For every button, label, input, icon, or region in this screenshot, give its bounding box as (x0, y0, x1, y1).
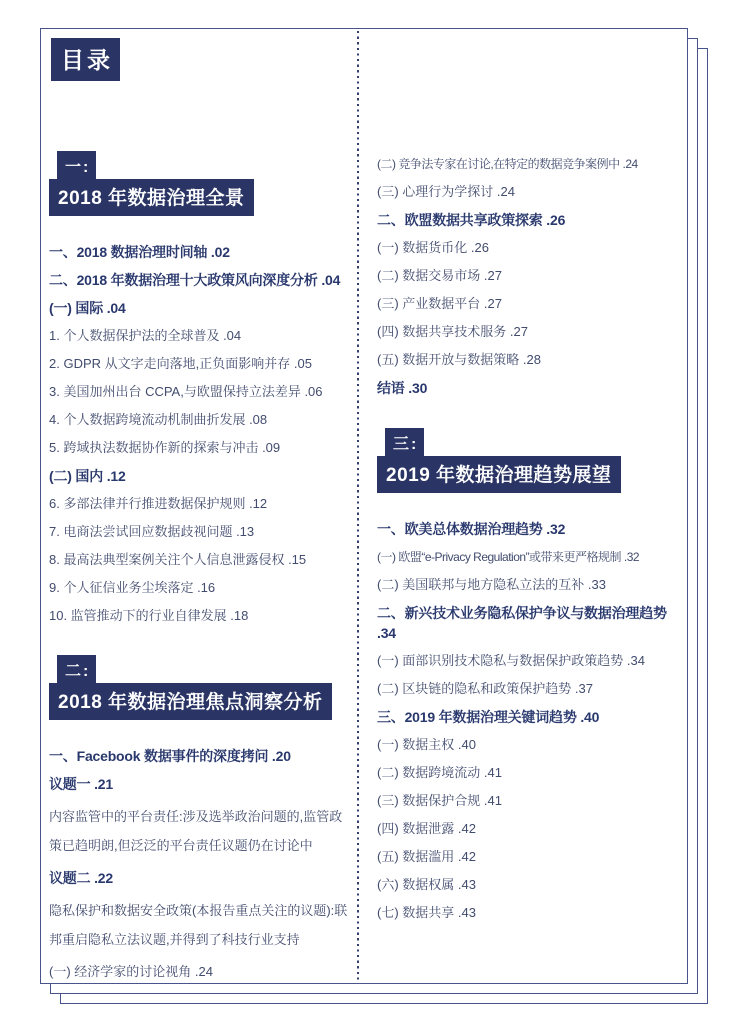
toc-item[interactable]: (一) 数据货币化 .26 (377, 238, 687, 258)
section-1-number-badge: 一: (57, 151, 96, 179)
toc-item[interactable]: (二) 美国联邦与地方隐私立法的互补 .33 (377, 575, 687, 595)
section-1-title: 2018 年数据治理全景 (49, 179, 254, 216)
toc-item[interactable]: (一) 国际 .04 (49, 298, 355, 318)
toc-item[interactable]: (六) 数据权属 .43 (377, 875, 687, 895)
toc-item[interactable]: 三、2019 年数据治理关键词趋势 .40 (377, 707, 687, 727)
toc-item[interactable]: (二) 区块链的隐私和政策保护趋势 .37 (377, 679, 687, 699)
section-2-items: 一、Facebook 数据事件的深度拷问 .20议题一 .21内容监管中的平台责… (49, 746, 355, 982)
toc-item[interactable]: (七) 数据共享 .43 (377, 903, 687, 923)
section-3-number-badge: 三: (385, 428, 424, 456)
toc-item[interactable]: (四) 数据共享技术服务 .27 (377, 322, 687, 342)
section-2-2018-focus-insight: 二: 2018 年数据治理焦点洞察分析 一、Facebook 数据事件的深度拷问… (49, 655, 355, 982)
toc-item[interactable]: 二、新兴技术业务隐私保护争议与数据治理趋势 .34 (377, 603, 687, 643)
toc-item[interactable]: (五) 数据开放与数据策略 .28 (377, 350, 687, 370)
toc-page: 目录 一: 2018 年数据治理全景 一、2018 数据治理时间轴 .02二、2… (40, 28, 688, 984)
toc-item[interactable]: 一、Facebook 数据事件的深度拷问 .20 (49, 746, 355, 766)
toc-item: 隐私保护和数据安全政策(本报告重点关注的议题):联邦重启隐私立法议题,并得到了科… (49, 896, 355, 954)
section-1-2018-panorama: 一: 2018 年数据治理全景 一、2018 数据治理时间轴 .02二、2018… (49, 151, 355, 626)
section-3-title: 2019 年数据治理趋势展望 (377, 456, 621, 493)
toc-item[interactable]: 9. 个人征信业务尘埃落定 .16 (49, 578, 355, 598)
toc-item[interactable]: (一) 面部识别技术隐私与数据保护政策趋势 .34 (377, 651, 687, 671)
toc-item[interactable]: 4. 个人数据跨境流动机制曲折发展 .08 (49, 410, 355, 430)
right-column: (二) 竞争法专家在讨论,在特定的数据竞争案例中 .24(三) 心理行为学探讨 … (377, 29, 687, 931)
section-3-2019-outlook: 三: 2019 年数据治理趋势展望 一、欧美总体数据治理趋势 .32(一) 欧盟… (377, 428, 687, 923)
toc-item[interactable]: 3. 美国加州出台 CCPA,与欧盟保持立法差异 .06 (49, 382, 355, 402)
section-1-items: 一、2018 数据治理时间轴 .02二、2018 年数据治理十大政策风向深度分析… (49, 242, 355, 626)
toc-item[interactable]: 2. GDPR 从文字走向落地,正负面影响并存 .05 (49, 354, 355, 374)
toc-item[interactable]: 6. 多部法律并行推进数据保护规则 .12 (49, 494, 355, 514)
column-divider-dotted (357, 31, 359, 981)
toc-item[interactable]: (二) 数据跨境流动 .41 (377, 763, 687, 783)
toc-item[interactable]: 5. 跨域执法数据协作新的探索与冲击 .09 (49, 438, 355, 458)
toc-item[interactable]: 一、欧美总体数据治理趋势 .32 (377, 519, 687, 539)
toc-item[interactable]: 一、2018 数据治理时间轴 .02 (49, 242, 355, 262)
toc-item[interactable]: (一) 欧盟“e-Privacy Regulation”或带来更严格规制 .32 (377, 547, 687, 567)
toc-item[interactable]: 二、2018 年数据治理十大政策风向深度分析 .04 (49, 270, 355, 290)
section-3-items: 一、欧美总体数据治理趋势 .32(一) 欧盟“e-Privacy Regulat… (377, 519, 687, 923)
toc-item[interactable]: (三) 产业数据平台 .27 (377, 294, 687, 314)
toc-item[interactable]: 8. 最高法典型案例关注个人信息泄露侵权 .15 (49, 550, 355, 570)
section-2-number-badge: 二: (57, 655, 96, 683)
toc-item[interactable]: (五) 数据滥用 .42 (377, 847, 687, 867)
toc-item[interactable]: 7. 电商法尝试回应数据歧视问题 .13 (49, 522, 355, 542)
toc-item[interactable]: 议题一 .21 (49, 774, 355, 794)
section-2-continued-items: (二) 竞争法专家在讨论,在特定的数据竞争案例中 .24(三) 心理行为学探讨 … (377, 154, 687, 398)
toc-item[interactable]: 议题二 .22 (49, 868, 355, 888)
section-2-title: 2018 年数据治理焦点洞察分析 (49, 683, 332, 720)
toc-item[interactable]: 结语 .30 (377, 378, 687, 398)
toc-item: 内容监管中的平台责任:涉及选举政治问题的,监管政策已趋明朗,但泛泛的平台责任议题… (49, 802, 355, 860)
toc-item[interactable]: (二) 国内 .12 (49, 466, 355, 486)
toc-item[interactable]: (二) 竞争法专家在讨论,在特定的数据竞争案例中 .24 (377, 154, 687, 174)
toc-item[interactable]: (四) 数据泄露 .42 (377, 819, 687, 839)
toc-item[interactable]: (一) 数据主权 .40 (377, 735, 687, 755)
left-column: 一: 2018 年数据治理全景 一、2018 数据治理时间轴 .02二、2018… (49, 29, 355, 990)
toc-item[interactable]: (二) 数据交易市场 .27 (377, 266, 687, 286)
toc-item[interactable]: (一) 经济学家的讨论视角 .24 (49, 962, 355, 982)
document-canvas: 目录 一: 2018 年数据治理全景 一、2018 数据治理时间轴 .02二、2… (0, 0, 752, 1024)
toc-item[interactable]: (三) 心理行为学探讨 .24 (377, 182, 687, 202)
toc-item[interactable]: 10. 监管推动下的行业自律发展 .18 (49, 606, 355, 626)
toc-item[interactable]: 1. 个人数据保护法的全球普及 .04 (49, 326, 355, 346)
toc-item[interactable]: (三) 数据保护合规 .41 (377, 791, 687, 811)
toc-item[interactable]: 二、欧盟数据共享政策探索 .26 (377, 210, 687, 230)
